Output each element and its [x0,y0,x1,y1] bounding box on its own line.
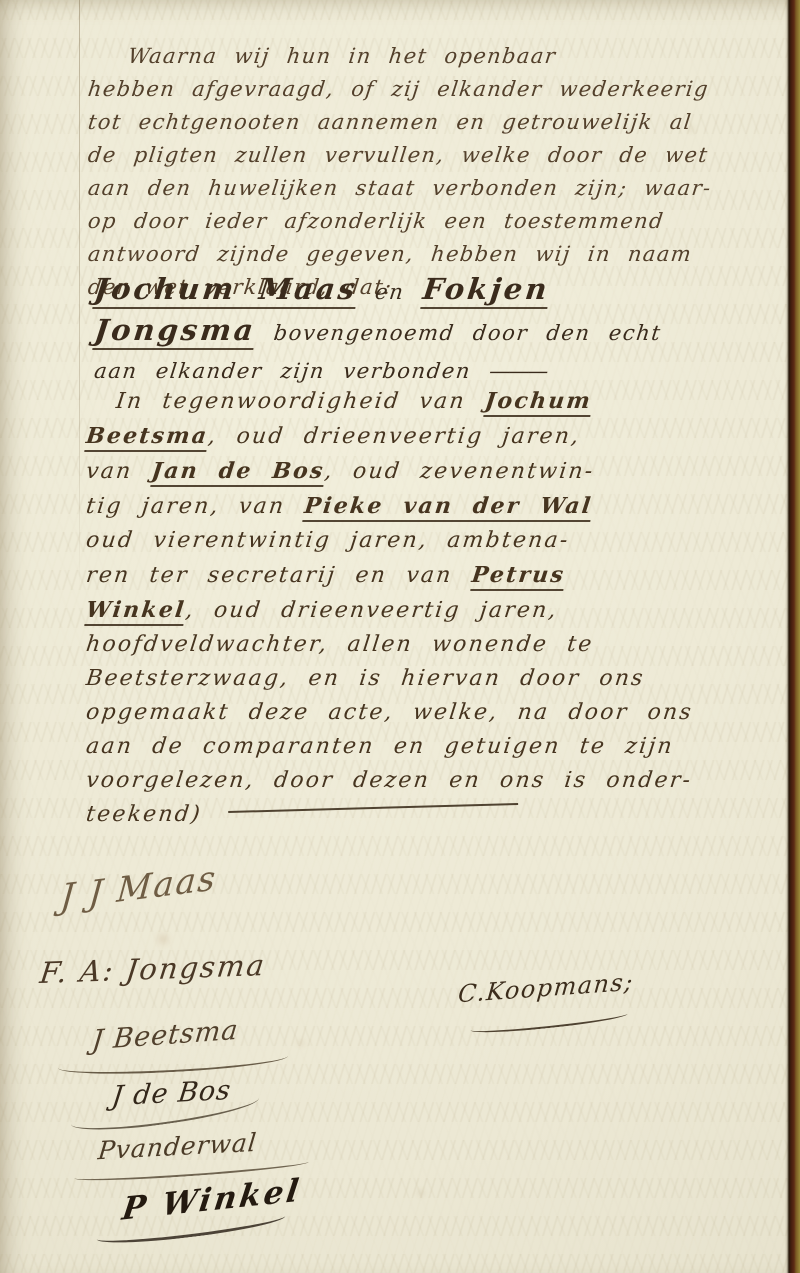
act-text: In tegenwoordigheid van [115,389,487,414]
signature-groom: J J Maas [59,858,219,918]
act-line: hoofdveldwachter, allen wonende te [84,628,800,662]
signature-witness-wal: Pvanderwal [97,1128,259,1166]
act-line: de pligten zullen vervullen, welke door … [86,139,800,172]
act-text: hoofdveldwachter, allen wonende te [85,632,595,657]
act-text: Beetsterzwaag, en is hiervan door ons [85,666,647,691]
act-text: , oud zevenentwin- [323,459,596,484]
witness-name: Pieke van der Wal [303,493,594,522]
act-line: Beetsterzwaag, en is hiervan door ons [84,662,800,696]
signature-registrar: C.Koopmans; [457,968,635,1009]
act-line: van Jan de Bos, oud zevenentwin- [84,454,800,489]
margin-rule-line [79,0,80,590]
bride-first-name: Fokjen [421,272,552,309]
act-line: tig jaren, van Pieke van der Wal [84,489,800,524]
declaration-text: bovengenoemd door den echt [254,321,663,345]
act-text: , oud drieenveertig jaren, [184,598,559,623]
act-line: Waarna wij hun in het openbaar [86,40,800,73]
signature-flourish [470,1008,628,1036]
register-page: Waarna wij hun in het openbaar hebben af… [0,0,800,1273]
act-line: op door ieder afzonderlijk een toestemme… [86,205,800,238]
closing-dash: ——— [488,359,548,383]
bride-last-name: Jongsma [92,313,258,350]
act-line: In tegenwoordigheid van Jochum [84,384,800,419]
act-text: teekend) [85,802,204,827]
act-line: opgemaakt deze acte, welke, na door ons [84,696,800,730]
witness-name: Petrus [470,562,567,591]
marriage-declaration-block: Jochum Maas en Fokjen Jongsma bovengenoe… [92,270,792,390]
witness-name: Jochum [483,388,594,417]
act-line: oud vierentwintig jaren, ambtena- [84,524,800,558]
paper-stains [0,0,2,2]
act-text: tig jaren, van [85,494,306,519]
groom-name: Jochum Maas [92,272,359,309]
witness-name: Beetsma [84,423,210,452]
declaration-text: aan elkander zijn verbonden [93,359,491,383]
act-formula-paragraph: Waarna wij hun in het openbaar hebben af… [86,40,796,304]
act-text: , oud drieenveertig jaren, [207,424,582,449]
act-line: tot echtgenooten aannemen en getrouwelij… [86,106,800,139]
act-text: oud vierentwintig jaren, ambtena- [85,528,571,553]
witnesses-paragraph: In tegenwoordigheid van Jochum Beetsma, … [84,384,796,832]
act-line: hebben afgevraagd, of zij elkander weder… [86,73,800,106]
act-line: ren ter secretarij en van Petrus [84,558,800,593]
signature-bride: F. A: Jongsma [38,948,268,990]
act-text: ren ter secretarij en van [85,563,474,588]
couple-names-line: Jochum Maas en Fokjen [92,270,797,311]
act-line: aan de comparanten en getuigen te zijn [84,730,800,764]
act-line: Winkel, oud drieenveertig jaren, [84,593,800,628]
couple-names-line-2: Jongsma bovengenoemd door den echt [92,311,797,352]
act-text: voorgelezen, door dezen en ons is onder- [85,768,694,793]
act-line: aan den huwelijken staat verbonden zijn;… [86,172,800,205]
witness-name: Winkel [84,597,187,626]
act-text: opgemaakt deze acte, welke, na door ons [85,700,695,725]
act-line: antwoord zijnde gegeven, hebben wij in n… [86,238,800,271]
conjunction: en [356,280,425,304]
act-text: van [85,459,154,484]
act-line: Beetsma, oud drieenveertig jaren, [84,419,800,454]
page-binding-edge [785,0,800,1273]
witness-name: Jan de Bos [150,458,327,487]
act-text: aan de comparanten en getuigen te zijn [85,734,676,759]
